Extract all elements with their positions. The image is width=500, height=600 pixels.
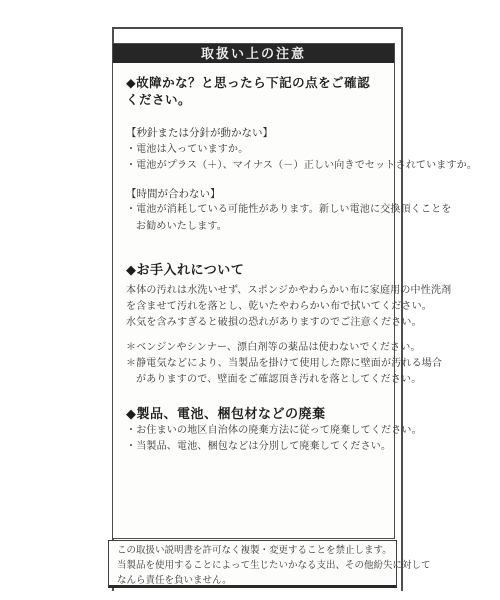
- disclaimer-line: なんら責任を負いません。: [117, 573, 388, 588]
- precautions-box: 取扱い上の注意 ◆故障かな？と思ったら下記の点をご確認ください。 【秒針または分…: [112, 43, 395, 539]
- body-line: を含ませて汚れを落とし、乾いたやわらかい布で拭いてください。: [126, 299, 381, 315]
- subsection-heading: 【秒針または分針が動かない】: [126, 125, 381, 142]
- page-title: 取扱い上の注意: [113, 44, 394, 63]
- body-line: 水気を含みすぎると破損の恐れがありますのでご注意ください。: [126, 315, 381, 331]
- disclaimer-box: この取扱い説明書を許可なく複製・変更することを禁止します。 当製品を使用すること…: [108, 540, 397, 588]
- disposal-section: ・お住まいの地区自治体の廃棄方法に従って廃棄してください。 ・当製品、電池、梱包…: [126, 423, 381, 455]
- disposal-heading: ◆製品、電池、梱包材などの廃棄: [126, 405, 381, 423]
- note-line: がありますので、壁面をご確認頂き汚れを落としてください。: [126, 372, 381, 388]
- body-line: ・電池がプラス（＋）、マイナス（－）正しい向きでセットされていますか。: [126, 158, 381, 175]
- care-heading: ◆お手入れについて: [126, 261, 381, 279]
- body-line: ・お住まいの地区自治体の廃棄方法に従って廃棄してください。: [126, 423, 381, 439]
- subsection-heading: 【時間が合わない】: [126, 186, 381, 203]
- note-line: ＊静電気などにより、当製品を掛けて使用した際に壁面が汚れる場合: [126, 356, 381, 372]
- troubleshooting-group-time: 【時間が合わない】 ・電池が消耗している可能性があります。新しい電池に交換頂くこ…: [126, 186, 381, 236]
- care-section: 本体の汚れは水洗いせず、スポンジかやわらかい布に家庭用の中性洗剤 を含ませて汚れ…: [126, 283, 381, 331]
- body-line: 本体の汚れは水洗いせず、スポンジかやわらかい布に家庭用の中性洗剤: [126, 283, 381, 299]
- precautions-content: ◆故障かな？と思ったら下記の点をご確認ください。 【秒針または分針が動かない】 …: [113, 75, 394, 455]
- care-notes: ＊ベンジンやシンナー、漂白剤等の薬品は使わないでください。 ＊静電気などにより、…: [126, 340, 381, 388]
- body-line: ・当製品、電池、梱包などは分別して廃棄してください。: [126, 439, 381, 455]
- body-line: ・電池が消耗している可能性があります。新しい電池に交換頂くことを: [126, 202, 381, 219]
- troubleshooting-group-hands: 【秒針または分針が動かない】 ・電池は入っていますか。 ・電池がプラス（＋）、マ…: [126, 125, 381, 175]
- disclaimer-line: この取扱い説明書を許可なく複製・変更することを禁止します。: [117, 543, 388, 558]
- troubleshooting-heading: ◆故障かな？と思ったら下記の点をご確認ください。: [126, 75, 381, 109]
- body-line: お勧めいたします。: [126, 219, 381, 236]
- note-line: ＊ベンジンやシンナー、漂白剤等の薬品は使わないでください。: [126, 340, 381, 356]
- disclaimer-line: 当製品を使用することによって生じたいかなる支出、その他紛失に対して: [117, 558, 388, 573]
- body-line: ・電池は入っていますか。: [126, 142, 381, 159]
